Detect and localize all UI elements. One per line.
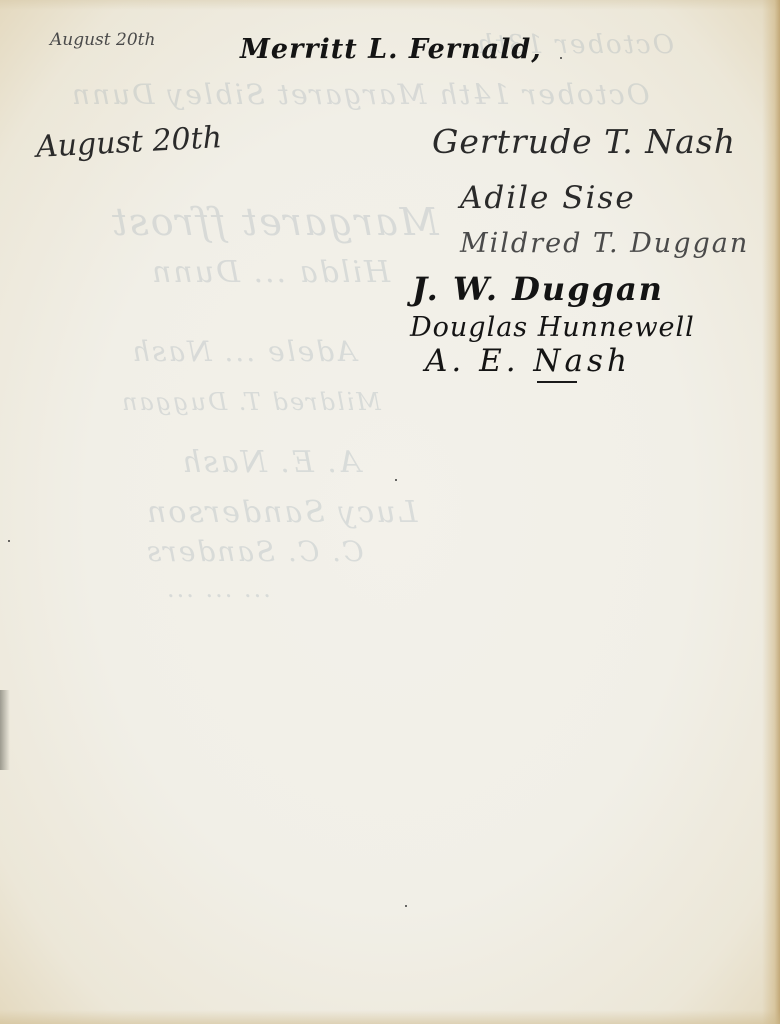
paper-edge-bottom	[0, 1010, 780, 1024]
paper-edge-right	[762, 0, 780, 1024]
paper-speck	[395, 479, 397, 481]
show-through-line: C. C. Sanders	[145, 535, 364, 568]
signature: Mildred T. Duggan	[460, 228, 749, 259]
show-through-line: Adele ... Nash	[130, 335, 356, 368]
signature: Gertrude T. Nash	[432, 122, 736, 161]
show-through-line: Mildred T. Duggan	[120, 388, 381, 416]
show-through-line: A. E. Nash	[180, 445, 361, 480]
signature-underline	[537, 381, 577, 383]
show-through-line: ... ... ...	[165, 575, 271, 603]
paper-smudge	[0, 690, 10, 770]
paper-speck	[405, 905, 407, 907]
paper-speck	[8, 540, 10, 542]
signature: J. W. Duggan	[412, 270, 664, 308]
show-through-line: Hilda ... Dunn	[150, 255, 390, 290]
paper-edge-top	[0, 0, 780, 10]
signature: A. E. Nash	[425, 343, 631, 379]
show-through-line: Margaret ffrost	[110, 200, 439, 244]
date-entry: August 20th	[50, 30, 155, 50]
signature: Douglas Hunnewell	[410, 312, 695, 343]
show-through-line: October 14th Margaret Sibley Dunn	[70, 78, 650, 111]
guestbook-page: October 13th October 14th Margaret Sible…	[0, 0, 780, 1024]
signature: Merritt L. Fernald,	[240, 34, 542, 65]
paper-speck	[560, 57, 562, 59]
signature: Adile Sise	[460, 180, 636, 216]
date-entry: August 20th	[35, 120, 223, 165]
show-through-line: Lucy Sanderson	[145, 495, 417, 530]
